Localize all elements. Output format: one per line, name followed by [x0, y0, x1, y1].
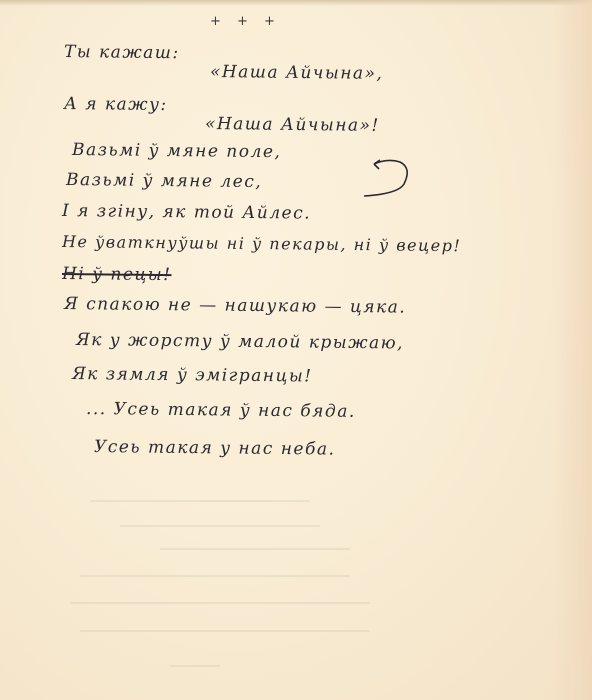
- curved-arrow-icon: [360, 158, 420, 203]
- bleed-through-line: [90, 500, 310, 502]
- manuscript-line: Вазьмі ў мяне поле,: [72, 140, 282, 162]
- manuscript-line: І я згіну, як той Айлес.: [62, 201, 311, 224]
- manuscript-line: Я спакою не — нашукаю — цяка.: [64, 294, 406, 318]
- manuscript-line: «Наша Айчына»!: [205, 114, 380, 136]
- manuscript-line: Усеь такая у нас неба.: [94, 437, 336, 460]
- manuscript-page: + + + Ты кажаш: «Наша Айчына», А я кажу:…: [0, 0, 592, 700]
- manuscript-line: Не ўваткнуўшы ні ў пекары, ні ў вецер!: [62, 232, 462, 255]
- manuscript-line: ... Усеь такая ў нас бяда.: [86, 399, 356, 422]
- bleed-through-line: [170, 665, 220, 667]
- manuscript-line: А я кажу:: [64, 94, 168, 115]
- bleed-through-line: [80, 575, 350, 577]
- section-mark: + + +: [210, 14, 281, 29]
- struck-line: Ні ў пецы!: [62, 264, 172, 285]
- manuscript-line: Вазьмі ў мяне лес,: [66, 170, 262, 192]
- manuscript-line: Як у жорсту ў малой крыжаю,: [76, 330, 404, 353]
- bleed-through-line: [80, 630, 370, 632]
- bleed-through-line: [120, 525, 320, 527]
- manuscript-line: Як зямля ў эмігранцы!: [72, 364, 313, 387]
- bleed-through-line: [160, 548, 350, 550]
- bleed-through-line: [70, 602, 370, 604]
- manuscript-line: «Наша Айчына»,: [210, 62, 384, 84]
- manuscript-line: Ты кажаш:: [64, 42, 180, 63]
